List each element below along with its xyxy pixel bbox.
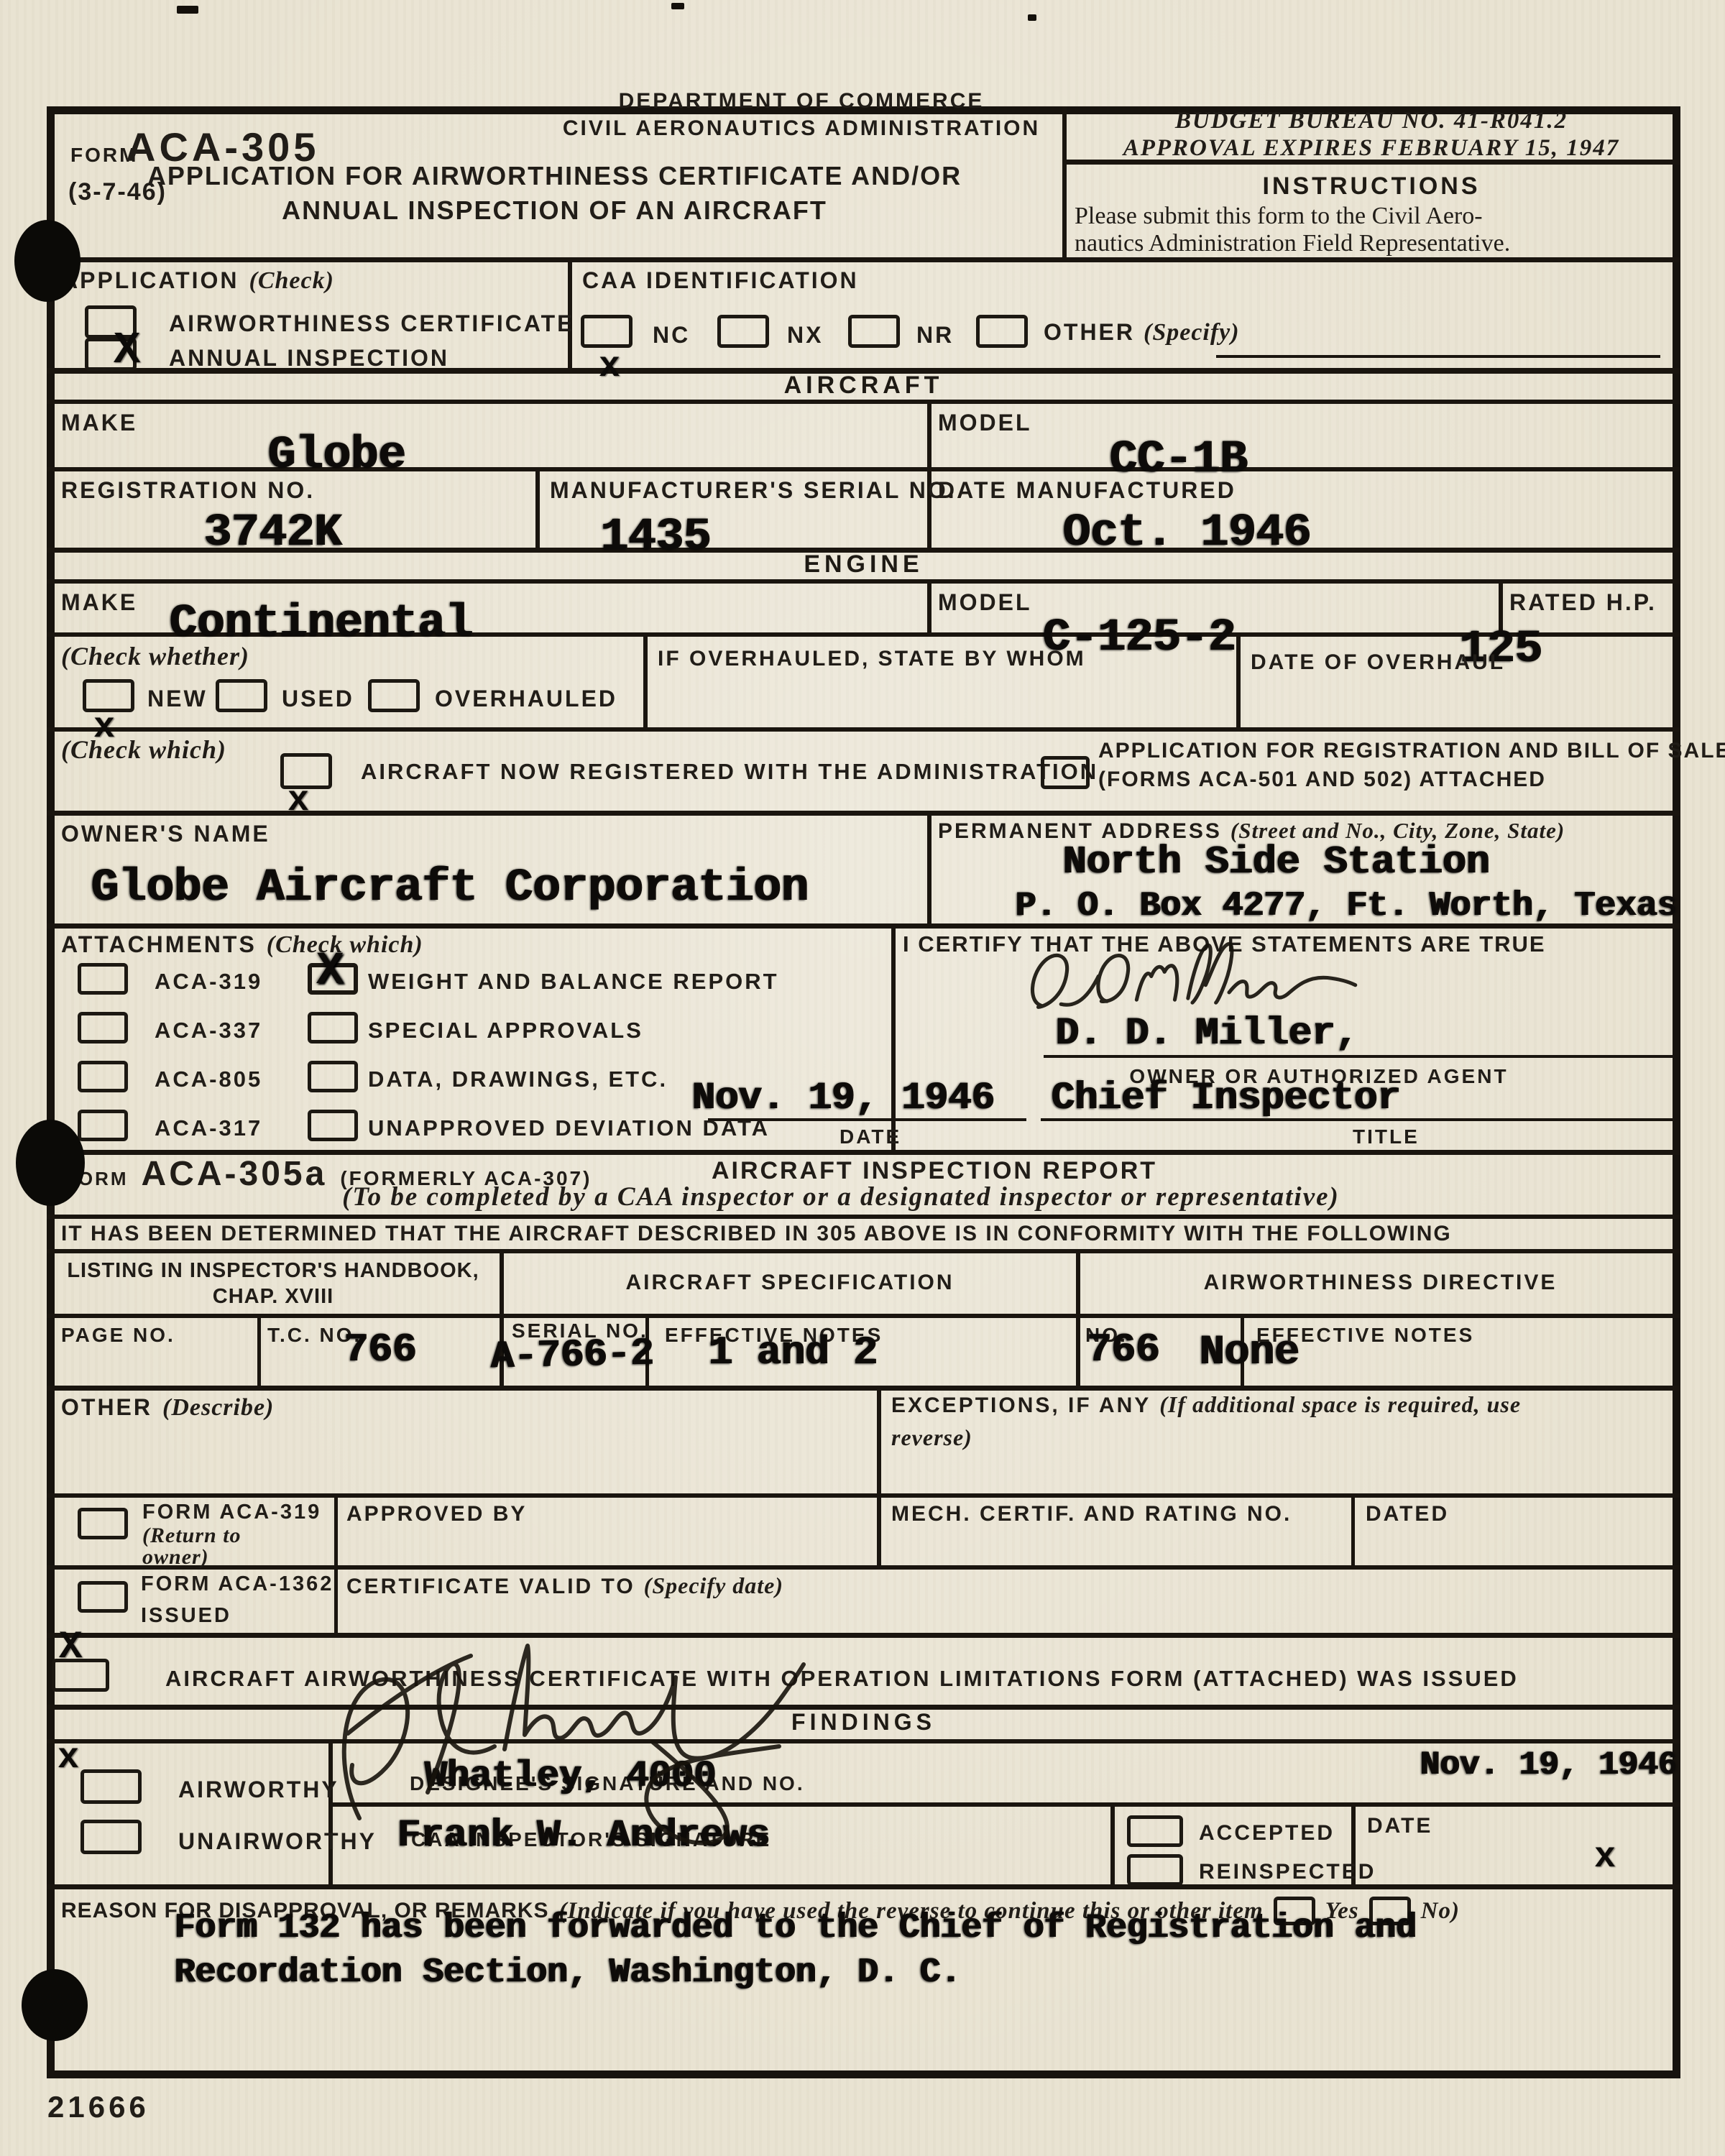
exceptions-hint-line1: (If additional space is required, use [1159, 1391, 1521, 1418]
instructions-line2: nautics Administration Field Representat… [1075, 230, 1510, 257]
directive-notes-label: EFFECTIVE NOTES [1256, 1324, 1474, 1347]
page-no-label: PAGE NO. [61, 1324, 175, 1347]
aircraft-make-label: MAKE [61, 410, 137, 436]
nx-checkbox [717, 315, 769, 348]
rule [47, 1215, 1680, 1219]
engine-used-checkbox [216, 679, 267, 712]
aca-317-checkbox [78, 1110, 128, 1141]
application-label: APPLICATION [61, 267, 239, 294]
caa-id-typed-mark: x [599, 346, 620, 387]
certificate-valid-to-hint: (Specify date) [644, 1572, 783, 1599]
remarks-typed-line1: Form 132 has been forwarded to the Chief… [174, 1909, 1416, 1948]
department-line1: DEPARTMENT OF COMMERCE [532, 89, 1071, 114]
scan-artifact [1028, 14, 1036, 21]
caa-identification-label: CAA IDENTIFICATION [582, 267, 859, 294]
rule [47, 1249, 1680, 1253]
engine-section-title: ENGINE [47, 550, 1680, 579]
inspection-report-subtitle: (To be completed by a CAA inspector or a… [47, 1181, 1635, 1212]
attachments-label: ATTACHMENTS [61, 931, 257, 958]
findings-date-caption: DATE [1367, 1814, 1432, 1838]
hole-punch [14, 220, 80, 302]
nx-label: NX [787, 322, 823, 349]
remarks-typed-line2: Recordation Section, Washington, D. C. [174, 1953, 961, 1992]
application-check-hint: (Check) [249, 267, 334, 295]
budget-bureau-no: BUDGET BUREAU NO. 41-R041.2 [1062, 108, 1680, 134]
mech-certif-label: MECH. CERTIF. AND RATING NO. [891, 1502, 1292, 1526]
aircraft-make-value: Globe [267, 430, 405, 482]
nr-label: NR [916, 322, 954, 349]
return-to-owner-line1: (Return to [142, 1524, 241, 1548]
aca-319-label: ACA-319 [155, 969, 262, 995]
rule [927, 400, 931, 552]
exceptions-row: EXCEPTIONS, IF ANY (If additional space … [891, 1391, 1521, 1418]
rated-hp-label: RATED H.P. [1509, 589, 1657, 616]
form-aca1362-checkbox [78, 1581, 128, 1613]
determination-statement: IT HAS BEEN DETERMINED THAT THE AIRCRAFT… [61, 1222, 1452, 1246]
scanned-form-sheet: FORM ACA-305 (3-7-46) DEPARTMENT OF COMM… [0, 0, 1725, 2156]
registration-no-label: REGISTRATION NO. [61, 477, 315, 504]
certification-date-value: Nov. 19, 1946 [691, 1077, 994, 1120]
aircraft-section-title: AIRCRAFT [47, 372, 1680, 400]
other-describe-hint: (Describe) [162, 1394, 274, 1422]
aca-319-checkbox [78, 963, 128, 995]
reinspected-label: REINSPECTED [1199, 1860, 1376, 1884]
scan-artifact [177, 6, 198, 14]
rule [47, 1884, 1680, 1889]
findings-date-typed-mark: x [1594, 1837, 1616, 1878]
title-line [1041, 1118, 1673, 1121]
annual-inspection-label: ANNUAL INSPECTION [169, 345, 449, 372]
data-drawings-checkbox [308, 1061, 358, 1092]
accepted-checkbox [1127, 1815, 1183, 1847]
bill-of-sale-label-line2: (FORMS ACA-501 AND 502) ATTACHED [1098, 768, 1546, 792]
rule [47, 1493, 1680, 1498]
hole-punch [16, 1120, 85, 1206]
overhauled-by-label: IF OVERHAULED, STATE BY WHOM [658, 647, 1086, 671]
rule [328, 1802, 1680, 1807]
form-title-line1: APPLICATION FOR AIRWORTHINESS CERTIFICAT… [47, 161, 1062, 191]
spec-effective-notes-value: 1 and 2 [708, 1330, 877, 1376]
rule [877, 1386, 881, 1570]
reinspected-checkbox [1127, 1854, 1183, 1886]
owner-address-line1: North Side Station [1062, 839, 1489, 885]
dated-label: DATED [1366, 1502, 1449, 1526]
owner-signer-typed-name: D. D. Miller, [1055, 1012, 1358, 1056]
airworthy-label: AIRWORTHY [178, 1777, 339, 1803]
form-title-line2: ANNUAL INSPECTION OF AN AIRCRAFT [47, 195, 1062, 226]
designee-typed-name: Whatley, 4000 [424, 1755, 716, 1797]
accepted-label: ACCEPTED [1199, 1821, 1335, 1846]
remarks-no-label: No) [1421, 1898, 1460, 1925]
airworthy-checkbox [80, 1769, 142, 1804]
special-approvals-label: SPECIAL APPROVALS [368, 1018, 643, 1044]
rule [47, 727, 1680, 732]
special-approvals-checkbox [308, 1012, 358, 1044]
bill-of-sale-checkbox [1041, 756, 1090, 789]
airworthiness-certificate-label: AIRWORTHINESS CERTIFICATE [169, 310, 574, 337]
tc-no-value: 766 [344, 1327, 416, 1373]
issued-label: ISSUED [141, 1604, 231, 1628]
rule [927, 811, 931, 928]
rule [47, 1739, 1680, 1743]
aca-805-label: ACA-805 [155, 1067, 262, 1092]
certificate-issued-label: AIRCRAFT AIRWORTHINESS CERTIFICATE WITH … [165, 1666, 1519, 1692]
engine-model-label: MODEL [938, 589, 1032, 616]
date-manufactured-label: DATE MANUFACTURED [938, 477, 1236, 504]
unairworthy-label: UNAIRWORTHY [178, 1828, 377, 1855]
listing-header-line1: LISTING IN INSPECTOR'S HANDBOOK, [57, 1259, 489, 1283]
engine-used-label: USED [282, 686, 354, 712]
approval-expires: APPROVAL EXPIRES FEBRUARY 15, 1947 [1062, 135, 1680, 162]
certification-title-value: Chief Inspector [1051, 1077, 1400, 1120]
form-aca319-label: FORM ACA-319 [142, 1501, 321, 1524]
aca-337-label: ACA-337 [155, 1018, 262, 1044]
other-specify-hint: (Specify) [1144, 319, 1240, 346]
certificate-issued-typed-mark: X [59, 1626, 82, 1669]
title-caption: TITLE [1353, 1125, 1420, 1148]
attachments-hint: (Check which) [267, 931, 423, 959]
nc-checkbox [581, 315, 632, 348]
other-describe-label: OTHER [61, 1394, 152, 1421]
rule [47, 400, 1680, 404]
weight-balance-label: WEIGHT AND BALANCE REPORT [368, 969, 779, 995]
other-specify-line [1216, 355, 1660, 358]
scan-artifact [671, 3, 684, 9]
rule [334, 1493, 338, 1637]
aca-805-checkbox [78, 1061, 128, 1092]
registered-label: AIRCRAFT NOW REGISTERED WITH THE ADMINIS… [361, 759, 1098, 785]
rule [47, 1633, 1680, 1638]
department-line2: CIVIL AERONAUTICS ADMINISTRATION [532, 116, 1071, 141]
registered-typed-mark: x [287, 780, 309, 821]
engine-new-typed-mark: x [93, 707, 115, 748]
engine-new-label: NEW [147, 686, 208, 712]
rule [47, 579, 1680, 584]
hole-punch [22, 1969, 88, 2041]
instructions-line1: Please submit this form to the Civil Aer… [1075, 203, 1483, 230]
other-label: OTHER [1044, 319, 1135, 346]
rule [1236, 632, 1241, 732]
exceptions-hint-line2: reverse) [891, 1424, 972, 1451]
nr-checkbox [848, 315, 900, 348]
aca-337-checkbox [78, 1012, 128, 1044]
rule [643, 632, 648, 732]
rule [927, 579, 931, 637]
sheet-number: 21666 [47, 2090, 149, 2124]
owner-name-value: Globe Aircraft Corporation [91, 862, 809, 914]
directive-no-value: 766 [1087, 1327, 1159, 1373]
rule [47, 1565, 1680, 1570]
rule [1351, 1493, 1355, 1570]
check-whether-hint: (Check whether) [61, 641, 249, 671]
certificate-valid-to-label: CERTIFICATE VALID TO [346, 1575, 635, 1599]
owner-address-line2: P. O. Box 4277, Ft. Worth, Texas [1015, 887, 1678, 926]
findings-date-typed: Nov. 19, 1946 [1420, 1746, 1678, 1784]
form-aca1362-label: FORM ACA-1362 [141, 1572, 333, 1596]
aircraft-model-label: MODEL [938, 410, 1032, 436]
date-caption: DATE [839, 1125, 901, 1148]
form-aca319-checkbox [78, 1508, 128, 1539]
bill-of-sale-label-line1: APPLICATION FOR REGISTRATION AND BILL OF… [1098, 739, 1725, 763]
inspector-typed-name: Frank W. Andrews [397, 1814, 769, 1858]
aca-317-label: ACA-317 [155, 1115, 262, 1141]
findings-title: FINDINGS [47, 1709, 1680, 1736]
rule [257, 1314, 261, 1390]
rule [535, 467, 540, 551]
data-drawings-label: DATA, DRAWINGS, ETC. [368, 1067, 668, 1092]
other-checkbox [976, 315, 1028, 348]
airworthiness-directive-header: AIRWORTHINESS DIRECTIVE [1080, 1271, 1680, 1295]
unapproved-deviation-checkbox [308, 1110, 358, 1141]
check-which-hint: (Check which) [61, 734, 226, 765]
rule [1110, 1802, 1115, 1889]
airworthy-typed-mark: x [57, 1738, 79, 1779]
rule [47, 257, 1680, 262]
other-describe-row: OTHER (Describe) [61, 1394, 274, 1422]
engine-overhauled-checkbox [368, 679, 420, 712]
application-section-label: APPLICATION (Check) [61, 267, 334, 295]
listing-header-line2: CHAP. XVIII [57, 1285, 489, 1309]
engine-overhauled-label: OVERHAULED [435, 686, 617, 712]
engine-make-label: MAKE [61, 589, 137, 616]
owner-name-label: OWNER'S NAME [61, 821, 270, 847]
date-of-overhaul-label: DATE OF OVERHAUL [1251, 650, 1505, 675]
aircraft-specification-header: AIRCRAFT SPECIFICATION [504, 1271, 1076, 1295]
weight-balance-check-mark: X [316, 946, 344, 998]
rule [47, 1386, 1680, 1391]
attachments-label-row: ATTACHMENTS (Check which) [61, 931, 423, 959]
approved-by-label: APPROVED BY [346, 1502, 527, 1526]
unairworthy-checkbox [80, 1820, 142, 1854]
annual-inspection-check-mark: X [114, 325, 140, 376]
other-specify-label-row: OTHER (Specify) [1044, 319, 1240, 346]
nc-label: NC [653, 322, 690, 349]
exceptions-label: EXCEPTIONS, IF ANY [891, 1393, 1151, 1418]
certificate-valid-to-row: CERTIFICATE VALID TO (Specify date) [346, 1572, 783, 1599]
instructions-title: INSTRUCTIONS [1062, 172, 1680, 201]
return-to-owner-line2: owner) [142, 1545, 209, 1570]
rule [47, 1314, 1680, 1318]
rule [328, 1739, 333, 1889]
signature-line [1044, 1055, 1673, 1058]
certify-statement: I CERTIFY THAT THE ABOVE STATEMENTS ARE … [903, 931, 1546, 957]
serial-no-label: MANUFACTURER'S SERIAL NO. [550, 477, 957, 504]
spec-serial-no-value: A-766-2 [489, 1332, 653, 1380]
